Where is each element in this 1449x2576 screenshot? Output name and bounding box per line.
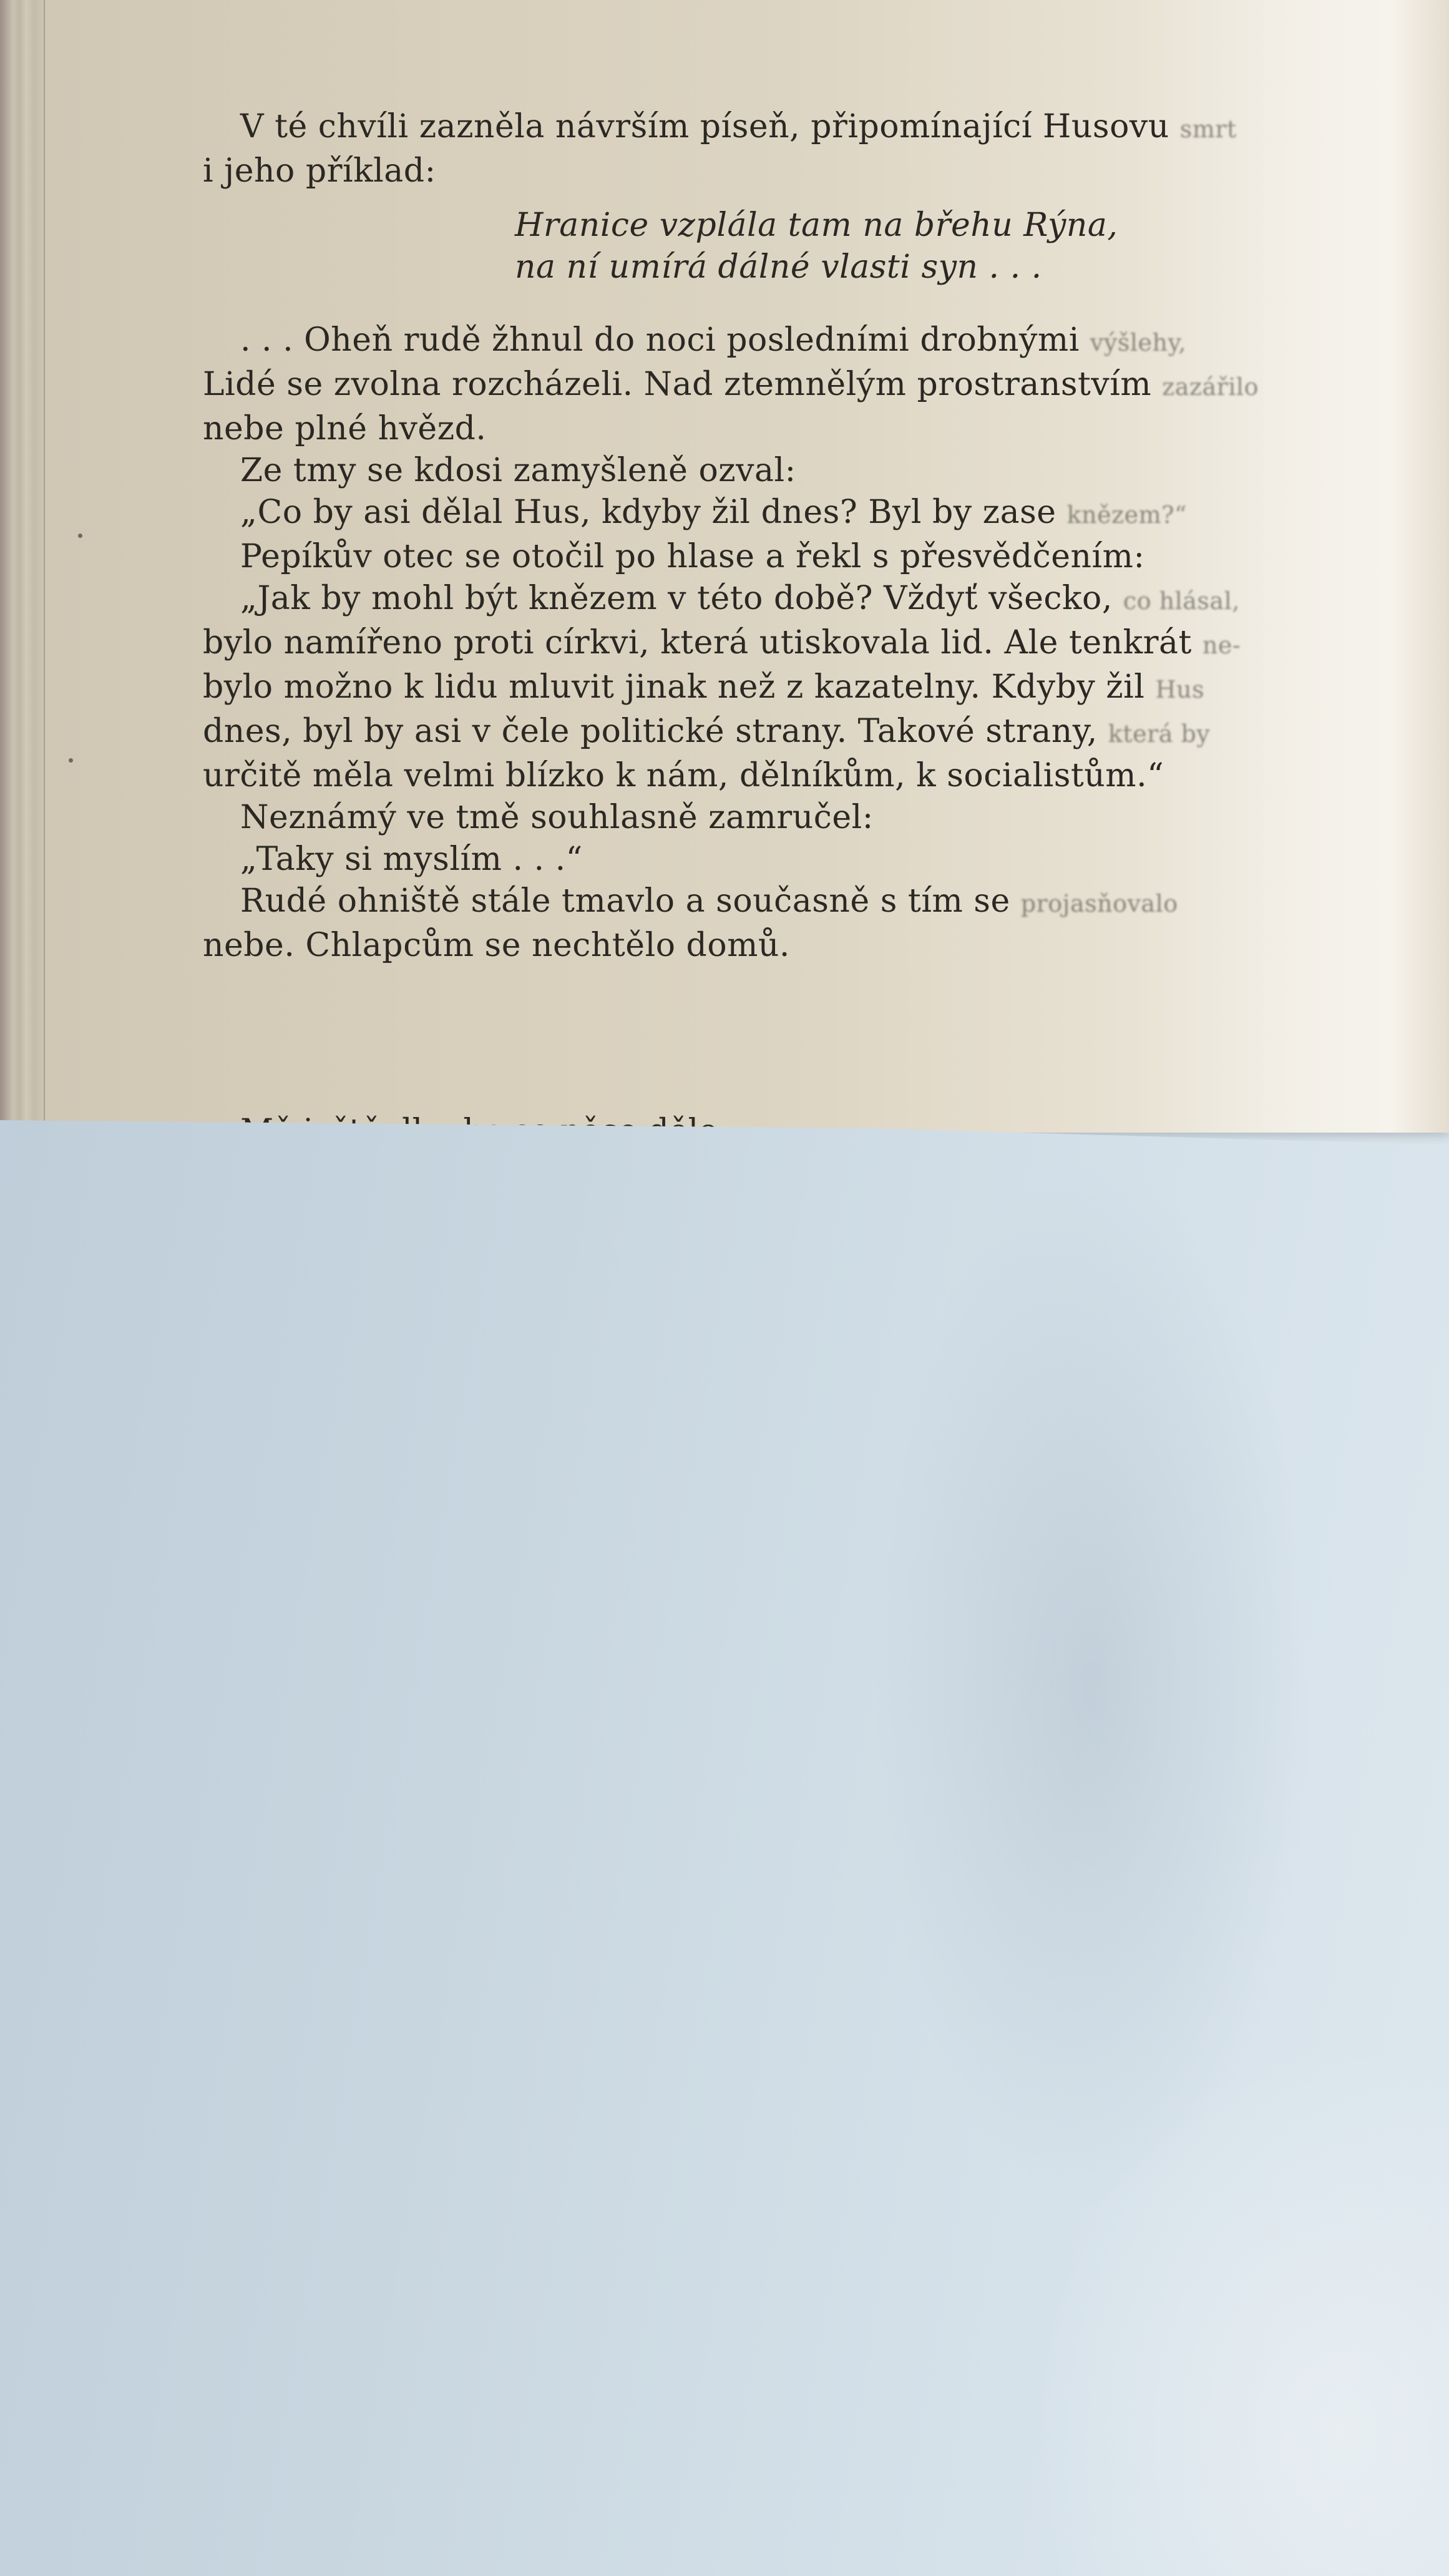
text-line: „Taky si myslím . . .“	[240, 839, 1426, 881]
verse-line: na ní umírá dálné vlasti syn . . .	[240, 246, 1426, 288]
paragraph: „Jak by mohl být knězem v této době? Vžd…	[240, 578, 1426, 797]
paragraph: „Co by asi dělal Hus, kdyby žil dnes? By…	[240, 492, 1426, 536]
text-line: Ze tmy se kdosi zamyšleně ozval:	[240, 450, 1426, 492]
text-line: bylo namířeno proti církvi, která utisko…	[203, 622, 1426, 666]
text-line: Neznámý ve tmě souhlasně zamručel:	[240, 797, 1426, 839]
verse-quote: Hranice vzplála tam na břehu Rýna, na ní…	[240, 205, 1426, 288]
paragraph: Rudé ohniště stále tmavlo a současně s t…	[240, 881, 1426, 967]
paragraph: „Taky si myslím . . .“	[240, 839, 1426, 881]
paragraph: Ze tmy se kdosi zamyšleně ozval:	[240, 450, 1426, 492]
page-body-text: V té chvíli zazněla návrším píseň, připo…	[240, 106, 1426, 967]
text-line: nebe plné hvězd.	[203, 408, 1426, 450]
book-page: V té chvíli zazněla návrším píseň, připo…	[0, 0, 1449, 1133]
text-line: dnes, byl by asi v čele politické strany…	[203, 711, 1426, 755]
verse-line: Hranice vzplála tam na břehu Rýna,	[240, 205, 1426, 246]
text-line: i jeho příklad:	[203, 150, 1426, 192]
paragraph: . . . Oheň rudě žhnul do noci posledními…	[240, 320, 1426, 450]
text-line: Lidé se zvolna rozcházeli. Nad ztemnělým…	[203, 364, 1426, 408]
text-line: V té chvíli zazněla návrším píseň, připo…	[240, 106, 1426, 150]
paper-speck	[78, 534, 82, 538]
text-line: Rudé ohniště stále tmavlo a současně s t…	[240, 881, 1426, 925]
book-spine-edge	[0, 0, 45, 1133]
text-line: bylo možno k lidu mluvit jinak než z kaz…	[203, 666, 1426, 711]
text-line: nebe. Chlapcům se nechtělo domů.	[203, 925, 1426, 967]
text-line: určitě měla velmi blízko k nám, dělníkům…	[203, 755, 1426, 797]
text-line: . . . Oheň rudě žhnul do noci posledními…	[240, 320, 1426, 364]
text-line: „Co by asi dělal Hus, kdyby žil dnes? By…	[240, 492, 1426, 536]
text-line: „Jak by mohl být knězem v této době? Vžd…	[240, 578, 1426, 622]
paragraph: V té chvíli zazněla návrším píseň, připo…	[240, 106, 1426, 192]
paragraph: Pepíkův otec se otočil po hlase a řekl s…	[240, 536, 1426, 578]
text-line: Pepíkův otec se otočil po hlase a řekl s…	[240, 536, 1426, 578]
paper-speck	[69, 758, 73, 763]
paragraph: Neznámý ve tmě souhlasně zamručel:	[240, 797, 1426, 839]
